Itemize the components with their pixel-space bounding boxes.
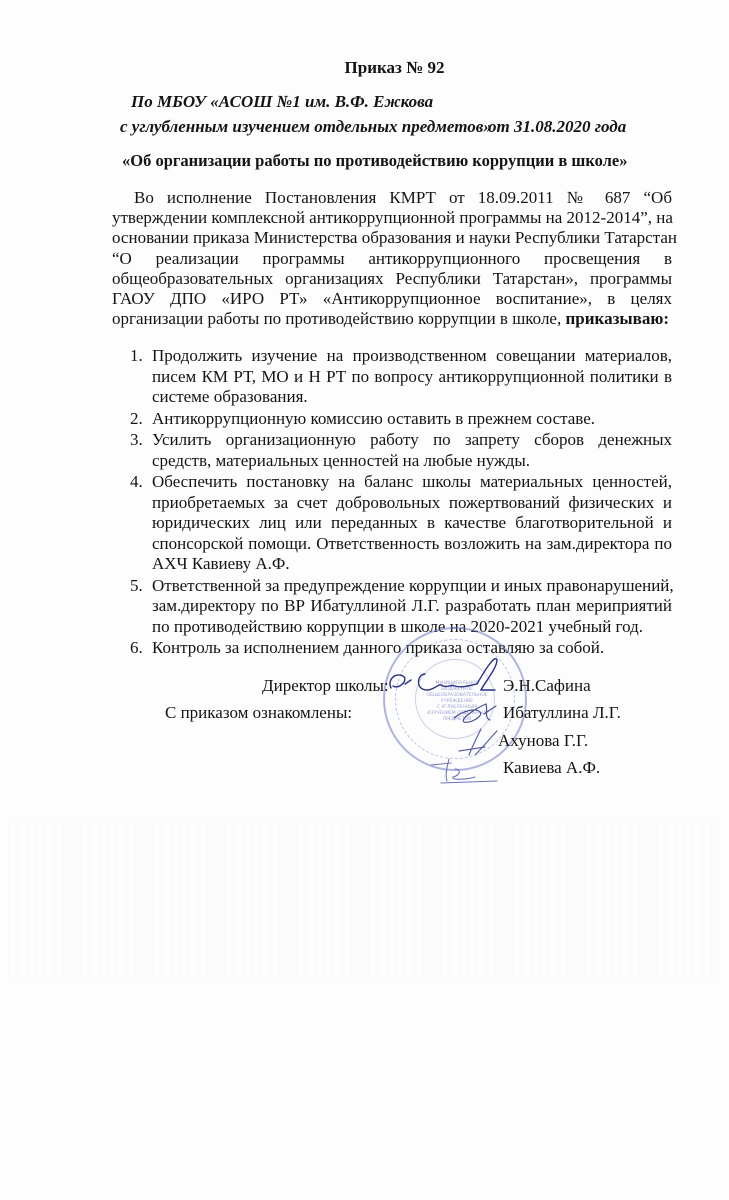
preamble-line: Во исполнение Постановления КМРТ от 18.0… [112, 188, 672, 208]
item-line: Антикоррупционную комиссию оставить в пр… [152, 409, 672, 430]
document-page: Приказ № 92 По МБОУ «АСОШ №1 им. В.Ф. Еж… [0, 0, 729, 1200]
order-word: приказываю: [565, 309, 669, 328]
preamble-line: организации работы по противодействию ко… [112, 309, 672, 329]
item-line: АХЧ Кавиеву А.Ф. [152, 554, 672, 575]
order-item: 4. Обеспечить постановку на баланс школы… [130, 472, 672, 575]
organization-line-2: с углубленным изучением отдельных предме… [120, 117, 492, 137]
preamble-line: ГАОУ ДПО «ИРО РТ» «Антикоррупционное вос… [112, 289, 672, 309]
order-item: 5. Ответственной за предупреждение корру… [130, 576, 672, 638]
item-line: зам.директору по ВР Ибатуллиной Л.Г. раз… [152, 596, 672, 617]
item-line: Продолжить изучение на производственном … [152, 346, 672, 367]
director-signature-icon [385, 650, 505, 700]
acknowledged-label: С приказом ознакомлены: [165, 703, 352, 723]
acknowledged-name: Ахунова Г.Г. [498, 731, 588, 751]
item-number: 6. [130, 638, 143, 659]
item-line: писем КМ РТ, МО и Н РТ по вопросу антико… [152, 367, 672, 388]
order-item: 3. Усилить организационную работу по зап… [130, 430, 672, 471]
item-number: 4. [130, 472, 143, 493]
item-line: Ответственной за предупреждение коррупци… [152, 576, 672, 597]
item-line: Усилить организационную работу по запрет… [152, 430, 672, 451]
item-number: 1. [130, 346, 143, 367]
director-label: Директор школы: [262, 676, 389, 696]
order-item: 1. Продолжить изучение на производственн… [130, 346, 672, 408]
acknowledged-name: Кавиева А.Ф. [503, 758, 600, 778]
scan-noise [8, 820, 720, 980]
item-number: 5. [130, 576, 143, 597]
preamble-line: основании приказа Министерства образован… [112, 228, 672, 248]
item-line: системе образования. [152, 387, 672, 408]
kavieva-signature-icon [425, 755, 505, 790]
director-name: Э.Н.Сафина [503, 676, 591, 696]
item-line: по противодействию коррупции в школе на … [152, 617, 672, 638]
preamble-paragraph: Во исполнение Постановления КМРТ от 18.0… [112, 188, 672, 329]
organization-line-1: По МБОУ «АСОШ №1 им. В.Ф. Ежкова [131, 92, 433, 112]
preamble-line: общеобразовательных организациях Республ… [112, 269, 672, 289]
item-number: 3. [130, 430, 143, 451]
preamble-last-text: организации работы по противодействию ко… [112, 309, 565, 328]
item-line: юридических лиц или переданных в качеств… [152, 513, 672, 534]
preamble-line: утверждении комплексной антикоррупционно… [112, 208, 672, 228]
order-title: Приказ № 92 [0, 58, 729, 78]
item-line: приобретаемых за счет добровольных пожер… [152, 493, 672, 514]
item-line: средств, материальных ценностей на любые… [152, 451, 672, 472]
item-number: 2. [130, 409, 143, 430]
order-subject: «Об организации работы по противодействи… [122, 151, 628, 171]
item-line: спонсорской помощи. Ответственность возл… [152, 534, 672, 555]
order-item: 2. Антикоррупционную комиссию оставить в… [130, 409, 672, 430]
acknowledged-name: Ибатуллина Л.Г. [503, 703, 621, 723]
item-line: Обеспечить постановку на баланс школы ма… [152, 472, 672, 493]
preamble-line: “О реализации программы антикоррупционно… [112, 249, 672, 269]
order-items: 1. Продолжить изучение на производственн… [130, 346, 672, 660]
order-date: от 31.08.2020 года [488, 117, 626, 137]
